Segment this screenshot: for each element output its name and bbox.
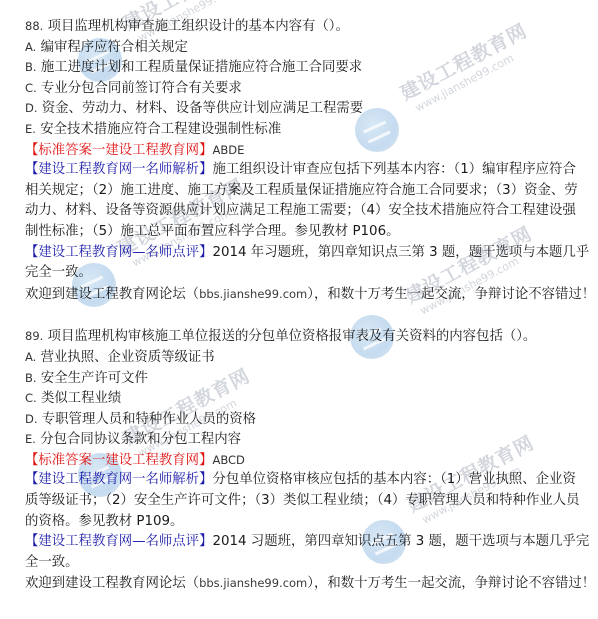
forum-prefix: 欢迎到建设工程教育网论坛（: [25, 287, 199, 302]
option-text: 安全技术措施应符合工程建设强制性标准: [40, 122, 281, 137]
option-key: A.: [25, 350, 36, 364]
comment-text: 2014 年习题班，第四章知识点三第 3 题，题干选项与本题几乎: [212, 245, 589, 260]
option-a: A. 营业执照、企业资质等级证书: [25, 347, 595, 368]
question-text: 项目监理机构审查施工组织设计的基本内容有（）。: [48, 19, 349, 34]
option-text: 专业分包合同前签订符合有关要求: [41, 81, 242, 96]
comment-line: 【建设工程教育网—名师点评】2014 习题班，第四章知识点五第 3 题，题干选项…: [25, 532, 595, 553]
comment-line: 全一致。: [25, 553, 595, 574]
option-text: 编审程序应符合相关规定: [41, 40, 188, 55]
forum-link[interactable]: bbs.jianshe99.com: [199, 576, 307, 590]
comment-label: 【建设工程教育网—名师点评】: [25, 245, 212, 260]
forum-suffix: ），和数十万考生一起交流，争辩讨论不容错过！: [307, 287, 595, 302]
forum-prefix: 欢迎到建设工程教育网论坛（: [25, 576, 199, 591]
option-key: B.: [25, 60, 37, 74]
analysis-line: 【建设工程教育网一名师解析】分包单位资格审核应包括的基本内容：（1）营业执照、企…: [25, 470, 595, 491]
option-text: 分包合同协议条款和分包工程内容: [40, 432, 241, 447]
analysis-text: 施工组织设计审查应包括下列基本内容：（1）编审程序应符合: [212, 162, 575, 177]
comment-text: 完全一致。: [25, 265, 92, 280]
option-b: B. 安全生产许可文件: [25, 368, 595, 389]
analysis-line: 制性标准；（5）施工总平面布置应科学合理。参见教材 P106。: [25, 222, 595, 243]
comment-line: 完全一致。: [25, 263, 595, 284]
option-text: 营业执照、企业资质等级证书: [41, 350, 215, 365]
option-text: 专职管理人员和特种作业人员的资格: [42, 412, 256, 427]
forum-line: 欢迎到建设工程教育网论坛（bbs.jianshe99.com），和数十万考生一起…: [25, 284, 595, 305]
option-key: E.: [25, 122, 36, 136]
option-key: D.: [25, 412, 38, 426]
forum-line: 欢迎到建设工程教育网论坛（bbs.jianshe99.com），和数十万考生一起…: [25, 573, 595, 594]
analysis-text: 动力、材料、设备等资源供应计划应满足工程施工需要；（4）安全技术措施应符合工程建…: [25, 203, 576, 218]
option-text: 施工进度计划和工程质量保证措施应符合施工合同要求: [41, 60, 362, 75]
option-text: 安全生产许可文件: [41, 371, 148, 386]
answer-value: ABDE: [212, 143, 244, 157]
comment-line: 【建设工程教育网—名师点评】2014 年习题班，第四章知识点三第 3 题，题干选…: [25, 243, 595, 264]
option-e: E. 安全技术措施应符合工程建设强制性标准: [25, 119, 595, 140]
option-key: A.: [25, 40, 36, 54]
answer-value: ABCD: [212, 453, 244, 467]
analysis-line: 相关规定；（2）施工进度、施工方案及工程质量保证措施应符合施工合同要求；（3）资…: [25, 181, 595, 202]
analysis-text: 分包单位资格审核应包括的基本内容：（1）营业执照、企业资: [212, 472, 575, 487]
question-89: 89. 项目监理机构审核施工单位报送的分包单位资格报审表及有关资料的内容包括（）…: [25, 326, 595, 594]
answer-line: 【标准答案一建设工程教育网】ABCD: [25, 450, 595, 471]
question-number: 89.: [25, 329, 43, 343]
analysis-text: 的资格。参见教材 P109。: [25, 514, 183, 529]
forum-link[interactable]: bbs.jianshe99.com: [199, 287, 307, 301]
answer-label: 【标准答案一建设工程教育网】: [25, 143, 212, 158]
analysis-line: 的资格。参见教材 P109。: [25, 512, 595, 533]
answer-line: 【标准答案一建设工程教育网】ABDE: [25, 140, 595, 161]
option-a: A. 编审程序应符合相关规定: [25, 37, 595, 58]
option-d: D. 资金、劳动力、材料、设备等供应计划应满足工程需要: [25, 98, 595, 119]
spacer: [25, 304, 595, 326]
analysis-text: 质等级证书；（2）安全生产许可文件；（3）类似工程业绩；（4）专职管理人员和特种…: [25, 493, 579, 508]
forum-suffix: ），和数十万考生一起交流，争辩讨论不容错过！: [307, 576, 595, 591]
comment-text: 2014 习题班，第四章知识点五第 3 题，题干选项与本题几乎完: [212, 534, 589, 549]
option-key: E.: [25, 432, 36, 446]
analysis-label: 【建设工程教育网一名师解析】: [25, 162, 212, 177]
answer-label: 【标准答案一建设工程教育网】: [25, 453, 212, 468]
option-key: C.: [25, 391, 37, 405]
question-88: 88. 项目监理机构审查施工组织设计的基本内容有（）。 A. 编审程序应符合相关…: [25, 16, 595, 304]
option-c: C. 类似工程业绩: [25, 388, 595, 409]
analysis-line: 【建设工程教育网一名师解析】施工组织设计审查应包括下列基本内容：（1）编审程序应…: [25, 160, 595, 181]
option-key: D.: [25, 101, 38, 115]
question-number: 88.: [25, 19, 43, 33]
question-stem: 89. 项目监理机构审核施工单位报送的分包单位资格报审表及有关资料的内容包括（）…: [25, 326, 595, 347]
analysis-text: 相关规定；（2）施工进度、施工方案及工程质量保证措施应符合施工合同要求；（3）资…: [25, 183, 578, 198]
analysis-line: 质等级证书；（2）安全生产许可文件；（3）类似工程业绩；（4）专职管理人员和特种…: [25, 491, 595, 512]
option-d: D. 专职管理人员和特种作业人员的资格: [25, 409, 595, 430]
analysis-label: 【建设工程教育网一名师解析】: [25, 472, 212, 487]
analysis-text: 制性标准；（5）施工总平面布置应科学合理。参见教材 P106。: [25, 224, 399, 239]
option-c: C. 专业分包合同前签订符合有关要求: [25, 78, 595, 99]
option-text: 资金、劳动力、材料、设备等供应计划应满足工程需要: [42, 101, 363, 116]
question-stem: 88. 项目监理机构审查施工组织设计的基本内容有（）。: [25, 16, 595, 37]
comment-label: 【建设工程教育网—名师点评】: [25, 534, 212, 549]
option-b: B. 施工进度计划和工程质量保证措施应符合施工合同要求: [25, 57, 595, 78]
comment-text: 全一致。: [25, 555, 79, 570]
document-body: 88. 项目监理机构审查施工组织设计的基本内容有（）。 A. 编审程序应符合相关…: [25, 16, 595, 594]
option-key: B.: [25, 371, 37, 385]
analysis-line: 动力、材料、设备等资源供应计划应满足工程施工需要；（4）安全技术措施应符合工程建…: [25, 201, 595, 222]
question-text: 项目监理机构审核施工单位报送的分包单位资格报审表及有关资料的内容包括（）。: [48, 329, 537, 344]
option-key: C.: [25, 81, 37, 95]
option-e: E. 分包合同协议条款和分包工程内容: [25, 429, 595, 450]
option-text: 类似工程业绩: [41, 391, 121, 406]
